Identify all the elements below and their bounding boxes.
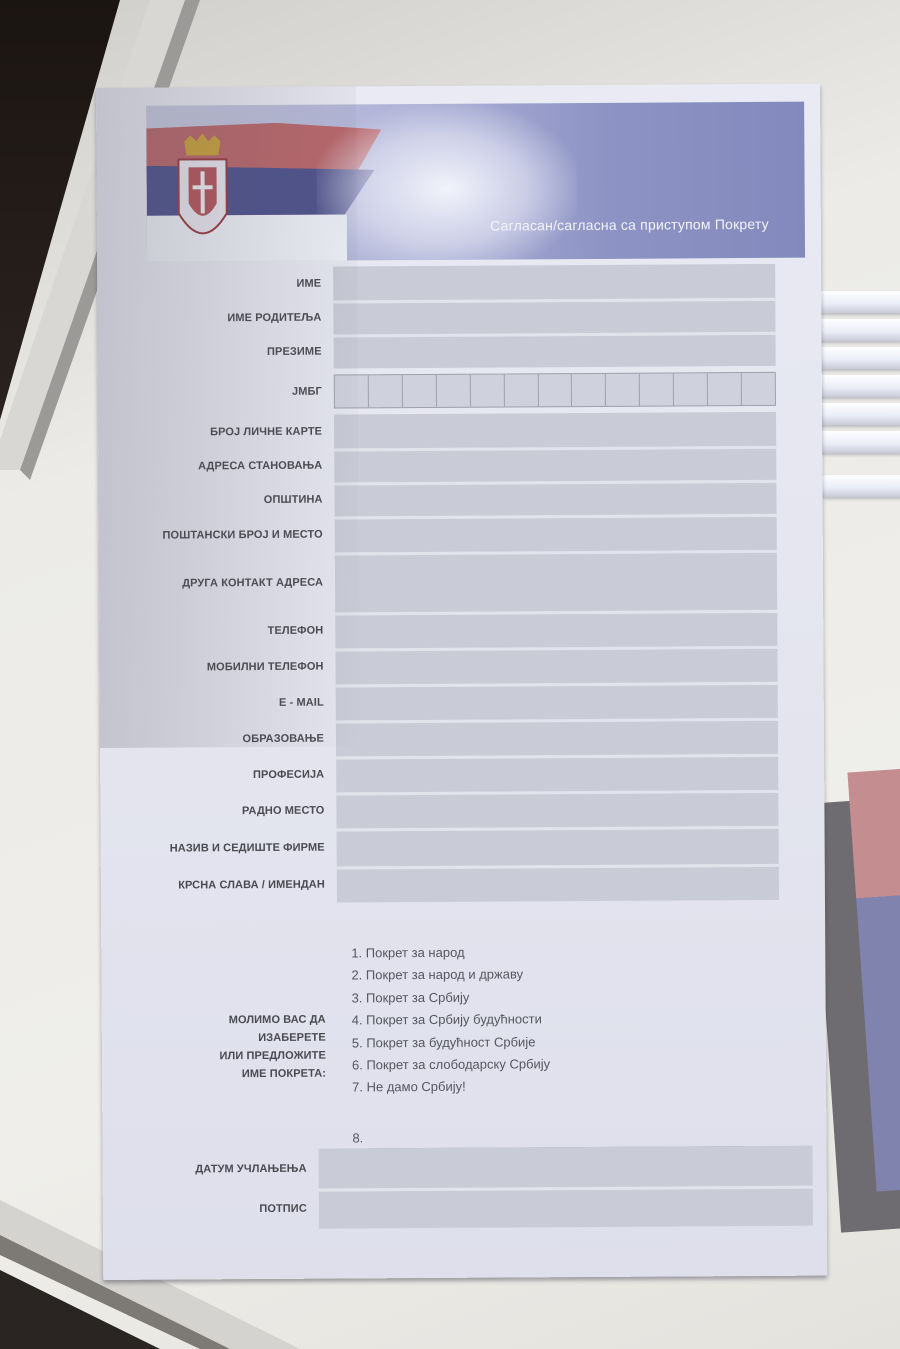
- membership-form: Сагласан/сагласна са приступом Покрету И…: [96, 84, 827, 1280]
- form-input-field[interactable]: [335, 610, 777, 649]
- custom-option-number: 8.: [352, 1127, 363, 1149]
- field-row: ПРОФЕСИЈА: [150, 754, 810, 794]
- movement-name-option[interactable]: 3. Покрет за Србију: [351, 985, 742, 1010]
- field-label: ПРЕЗИМЕ: [148, 346, 334, 359]
- field-label: ИМЕ РОДИТЕЉА: [147, 312, 333, 325]
- movement-name-option[interactable]: 5. Покрет за будућност Србије: [352, 1030, 743, 1055]
- jmbg-digit-box[interactable]: [708, 373, 742, 405]
- movement-name-option[interactable]: 1. Покрет за народ: [351, 940, 742, 965]
- form-input-field[interactable]: [337, 864, 779, 903]
- prompt-line: ИМЕ ПОКРЕТА:: [152, 1065, 326, 1084]
- movement-name-option[interactable]: 2. Покрет за народ и државу: [351, 962, 742, 987]
- form-input-field[interactable]: [336, 718, 778, 757]
- field-row-join-date: ДАТУМ УЧЛАЊЕЊА: [122, 1146, 812, 1190]
- field-row: АДРЕСА СТАНОВАЊА: [148, 446, 808, 484]
- coat-of-arms-icon: [166, 133, 237, 262]
- surname-field[interactable]: [334, 332, 776, 369]
- field-label: ЈМБГ: [148, 386, 334, 399]
- field-row: ПОШТАНСКИ БРОЈ И МЕСТО: [149, 514, 809, 554]
- field-row: ОБРАЗОВАЊЕ: [150, 718, 810, 758]
- form-input-field[interactable]: [334, 480, 776, 517]
- movement-name-option[interactable]: 7. Не дамо Србију!: [352, 1075, 743, 1100]
- jmbg-digit-box[interactable]: [504, 374, 538, 406]
- field-label: КРСНА СЛАВА / ИМЕНДАН: [151, 879, 337, 892]
- parent-name-field[interactable]: [333, 298, 775, 335]
- field-row: НАЗИВ И СЕДИШТЕ ФИРМЕ: [151, 826, 811, 868]
- name-field[interactable]: [333, 264, 775, 301]
- field-label: ДРУГА КОНТАКТ АДРЕСА: [149, 577, 335, 590]
- field-label: ИМЕ: [147, 278, 333, 291]
- prompt-line: МОЛИМО ВАС ДА: [152, 1011, 326, 1030]
- jmbg-digit-box[interactable]: [538, 374, 572, 406]
- field-label: ОПШТИНА: [148, 494, 334, 507]
- field-row: МОБИЛНИ ТЕЛЕФОН: [149, 646, 809, 686]
- jmbg-digit-box[interactable]: [606, 374, 640, 406]
- field-label: ОБРАЗОВАЊЕ: [150, 733, 336, 746]
- form-input-field[interactable]: [336, 790, 778, 829]
- jmbg-digit-box[interactable]: [572, 374, 606, 406]
- field-row-signature: ПОТПИС: [123, 1186, 813, 1230]
- field-row: КРСНА СЛАВА / ИМЕНДАН: [151, 864, 811, 904]
- movement-name-option[interactable]: 4. Покрет за Србију будућности: [352, 1007, 743, 1032]
- prompt-line: ИЗАБЕРЕТЕ: [152, 1029, 326, 1048]
- field-label: ПОТПИС: [123, 1203, 319, 1216]
- field-label: ДАТУМ УЧЛАЊЕЊА: [123, 1163, 319, 1176]
- form-input-field[interactable]: [334, 412, 776, 449]
- field-row-jmbg: ЈМБГ: [148, 366, 808, 416]
- form-input-field[interactable]: [335, 550, 777, 613]
- form-fields: ИМЕ ИМЕ РОДИТЕЉА ПРЕЗИМЕ ЈМБГ БРОЈ ЛИЧНЕ…: [147, 264, 811, 904]
- movement-name-prompt: МОЛИМО ВАС ДАИЗАБЕРЕТЕИЛИ ПРЕДЛОЖИТЕИМЕ …: [151, 943, 338, 1151]
- signature-field[interactable]: [319, 1186, 813, 1229]
- form-input-field[interactable]: [336, 682, 778, 721]
- prompt-line: ИЛИ ПРЕДЛОЖИТЕ: [152, 1047, 326, 1066]
- movement-name-option[interactable]: 6. Покрет за слободарску Србију: [352, 1052, 743, 1077]
- field-label: НАЗИВ И СЕДИШТЕ ФИРМЕ: [151, 842, 337, 855]
- form-input-field[interactable]: [334, 446, 776, 483]
- form-banner: Сагласан/сагласна са приступом Покрету: [146, 102, 805, 262]
- jmbg-digit-box[interactable]: [335, 375, 369, 407]
- field-label: ТЕЛЕФОН: [149, 625, 335, 638]
- form-input-field[interactable]: [335, 646, 777, 685]
- field-row: БРОЈ ЛИЧНЕ КАРТЕ: [148, 412, 808, 450]
- form-input-field[interactable]: [335, 514, 777, 553]
- field-row: ДРУГА КОНТАКТ АДРЕСА: [149, 550, 809, 614]
- jmbg-digit-boxes[interactable]: [334, 372, 776, 409]
- field-row: ТЕЛЕФОН: [149, 610, 809, 650]
- jmbg-digit-box[interactable]: [369, 375, 403, 407]
- field-label: РАДНО МЕСТО: [150, 805, 336, 818]
- form-input-field[interactable]: [336, 754, 778, 793]
- jmbg-digit-box[interactable]: [674, 373, 708, 405]
- form-input-field[interactable]: [337, 826, 779, 867]
- field-row-parent-name: ИМЕ РОДИТЕЉА: [147, 298, 807, 336]
- jmbg-digit-box[interactable]: [470, 375, 504, 407]
- banner-title: Сагласан/сагласна са приступом Покрету: [490, 216, 769, 234]
- field-label: E - MAIL: [150, 697, 336, 710]
- movement-name-section: МОЛИМО ВАС ДАИЗАБЕРЕТЕИЛИ ПРЕДЛОЖИТЕИМЕ …: [151, 940, 812, 1151]
- field-label: МОБИЛНИ ТЕЛЕФОН: [150, 661, 336, 674]
- jmbg-digit-box[interactable]: [437, 375, 471, 407]
- join-date-field[interactable]: [318, 1146, 812, 1189]
- field-row-surname: ПРЕЗИМЕ: [148, 332, 808, 370]
- cloud: [316, 103, 577, 262]
- field-row: ОПШТИНА: [148, 480, 808, 518]
- field-label: АДРЕСА СТАНОВАЊА: [148, 460, 334, 473]
- jmbg-digit-box[interactable]: [403, 375, 437, 407]
- footer-fields: ДАТУМ УЧЛАЊЕЊА ПОТПИС: [122, 1146, 812, 1230]
- field-label: ПОШТАНСКИ БРОЈ И МЕСТО: [149, 529, 335, 542]
- jmbg-digit-box[interactable]: [640, 373, 674, 405]
- field-label: БРОЈ ЛИЧНЕ КАРТЕ: [148, 426, 334, 439]
- field-row: РАДНО МЕСТО: [150, 790, 810, 830]
- jmbg-digit-box[interactable]: [742, 373, 775, 405]
- field-label: ПРОФЕСИЈА: [150, 769, 336, 782]
- movement-name-options: 1. Покрет за народ2. Покрет за народ и д…: [337, 940, 743, 1150]
- field-row: E - MAIL: [150, 682, 810, 722]
- field-row-name: ИМЕ: [147, 264, 807, 302]
